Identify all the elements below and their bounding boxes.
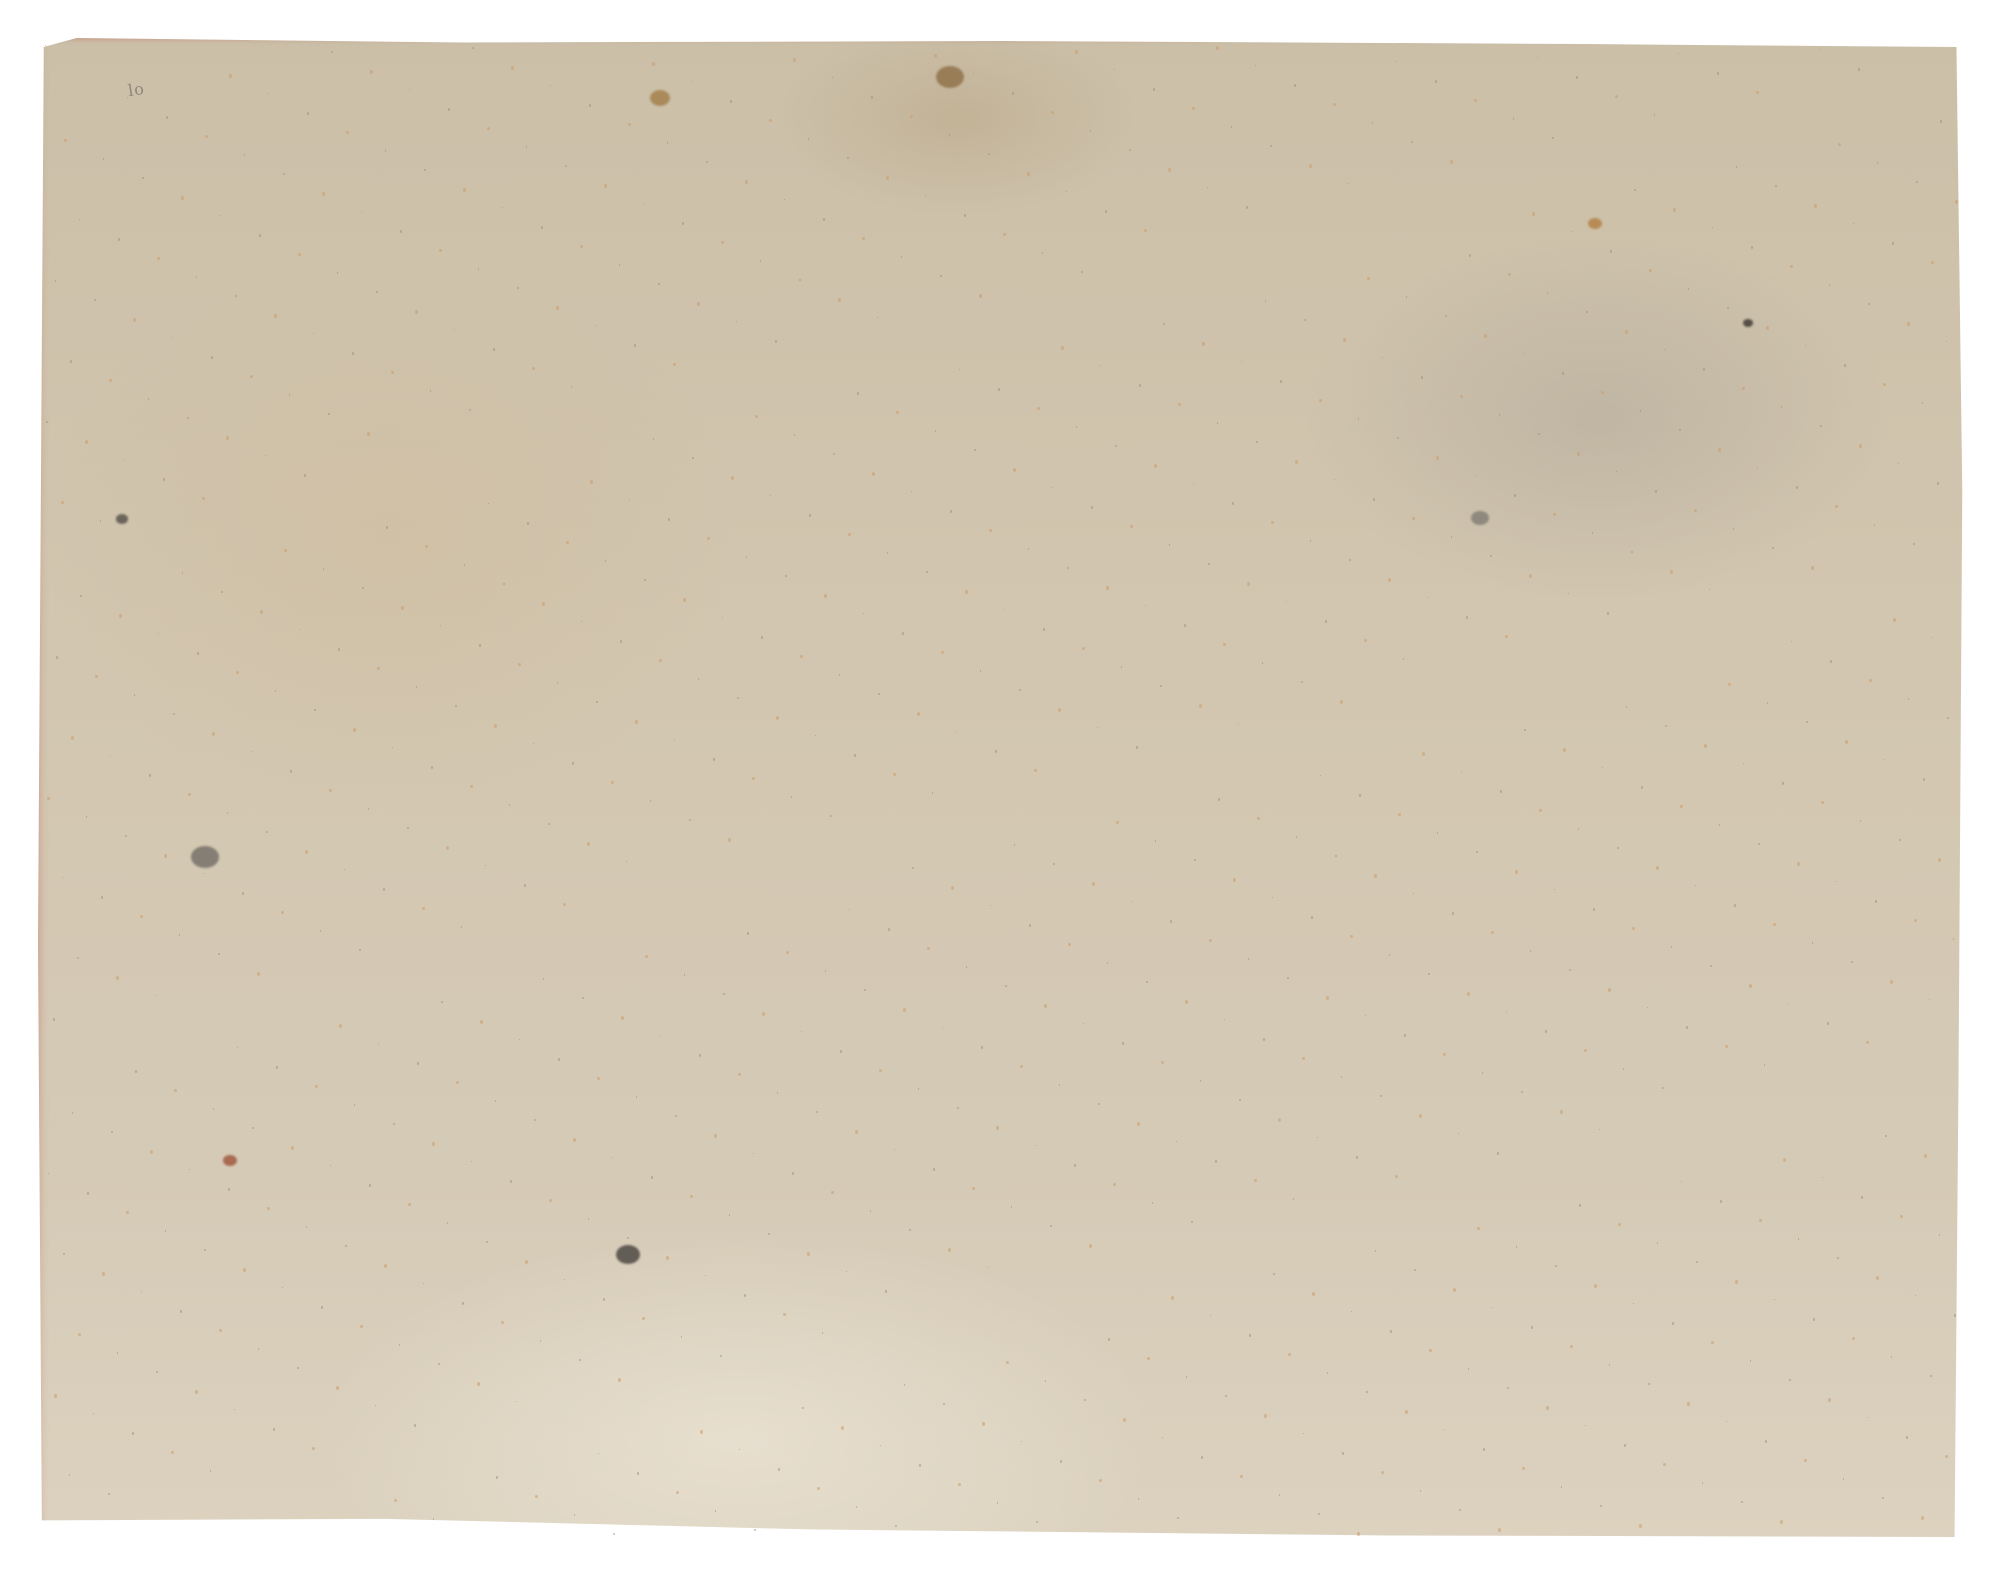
paper-fiber-speck	[378, 1043, 379, 1044]
paper-fiber-speck	[564, 1279, 565, 1280]
paper-fiber-speck	[854, 754, 856, 757]
paper-fiber-speck	[1900, 1215, 1903, 1218]
paper-fiber-speck	[1893, 618, 1896, 622]
paper-fiber-speck	[878, 693, 880, 695]
paper-fiber-speck	[472, 47, 474, 49]
paper-fiber-speck	[1728, 683, 1731, 686]
paper-fiber-speck	[352, 352, 354, 355]
paper-fiber-speck	[1899, 839, 1901, 841]
paper-fiber-speck	[886, 176, 889, 180]
paper-fiber-speck	[1231, 126, 1232, 128]
paper-fiber-speck	[902, 632, 904, 635]
paper-fiber-speck	[1806, 721, 1808, 723]
paper-fiber-speck	[1053, 863, 1055, 865]
paper-fiber-speck	[235, 295, 237, 297]
paper-fiber-speck	[408, 1203, 411, 1206]
paper-fiber-speck	[604, 184, 607, 188]
paper-fiber-speck	[1679, 429, 1681, 431]
paper-fiber-speck	[1877, 162, 1878, 164]
paper-fiber-speck	[1584, 1049, 1587, 1052]
paper-fiber-speck	[203, 873, 204, 874]
paper-fiber-speck	[627, 1237, 629, 1239]
paper-stain	[1743, 319, 1753, 327]
paper-fiber-speck	[441, 1001, 443, 1003]
paper-fiber-speck	[1301, 681, 1303, 683]
paper-fiber-speck	[1552, 137, 1554, 139]
paper-fiber-speck	[1375, 1250, 1376, 1252]
paper-fiber-speck	[339, 1024, 342, 1028]
paper-fiber-speck	[517, 287, 519, 289]
paper-fiber-speck	[438, 1363, 440, 1365]
paper-fiber-speck	[519, 1039, 520, 1040]
paper-fiber-speck	[1742, 387, 1745, 390]
paper-fiber-speck	[236, 671, 239, 674]
paper-fiber-speck	[990, 905, 991, 906]
paper-fiber-speck	[424, 169, 426, 171]
paper-fiber-speck	[1177, 1517, 1179, 1519]
paper-fiber-speck	[1081, 271, 1083, 273]
paper-fiber-speck	[1654, 114, 1655, 116]
paper-fiber-speck	[857, 392, 859, 395]
paper-fiber-speck	[1843, 1478, 1844, 1480]
paper-fiber-speck	[642, 1317, 645, 1320]
paper-fiber-speck	[461, 926, 462, 928]
paper-fiber-speck	[980, 670, 981, 672]
paper-fiber-speck	[534, 1119, 536, 1121]
paper-fiber-speck	[912, 867, 914, 869]
paper-fiber-speck	[1155, 840, 1156, 842]
paper-fiber-speck	[1247, 582, 1250, 586]
paper-fiber-speck	[1703, 368, 1705, 371]
paper-fiber-speck	[619, 264, 620, 266]
paper-fiber-speck	[1043, 628, 1045, 631]
paper-fiber-speck	[1091, 506, 1093, 509]
paper-fiber-speck	[1735, 1280, 1738, 1284]
paper-fiber-speck	[469, 409, 471, 411]
paper-fiber-speck	[1570, 1345, 1573, 1348]
paper-fiber-speck	[761, 636, 763, 639]
paper-fiber-speck	[181, 196, 184, 200]
paper-fiber-speck	[525, 1260, 528, 1264]
paper-fiber-speck	[414, 1424, 416, 1427]
paper-fiber-speck	[227, 812, 228, 814]
paper-fiber-speck	[1704, 744, 1707, 748]
paper-fiber-speck	[1702, 1482, 1703, 1484]
paper-fiber-speck	[1695, 885, 1696, 886]
paper-fiber-speck	[1176, 1141, 1177, 1142]
paper-fiber-speck	[1874, 524, 1875, 526]
paper-fiber-speck	[1577, 452, 1580, 456]
paper-fiber-speck	[1869, 679, 1872, 682]
paper-fiber-speck	[1264, 1414, 1267, 1418]
paper-fiber-speck	[1302, 1057, 1305, 1060]
paper-fiber-speck	[1812, 942, 1813, 944]
paper-fiber-speck	[1655, 490, 1657, 493]
paper-fiber-speck	[917, 712, 920, 716]
paper-fiber-speck	[1868, 303, 1870, 305]
paper-fiber-speck	[448, 108, 450, 111]
paper-fiber-speck	[1720, 1200, 1722, 1203]
paper-fiber-speck	[1421, 376, 1423, 379]
paper-fiber-speck	[1098, 1103, 1100, 1105]
paper-fiber-speck	[111, 1131, 113, 1133]
paper-fiber-speck	[737, 697, 739, 699]
paper-fiber-speck	[447, 1222, 448, 1224]
paper-fiber-speck	[155, 995, 156, 996]
paper-fiber-speck	[1014, 844, 1015, 846]
paper-fiber-speck	[77, 957, 79, 959]
paper-fiber-speck	[1858, 68, 1860, 71]
paper-fiber-speck	[376, 291, 378, 293]
paper-fiber-speck	[244, 154, 245, 156]
paper-fiber-speck	[1579, 1204, 1581, 1207]
paper-fiber-speck	[1184, 624, 1186, 627]
paper-fiber-speck	[1310, 540, 1311, 542]
paper-fiber-speck	[431, 766, 433, 769]
paper-fiber-speck	[323, 568, 324, 570]
paper-fiber-speck	[284, 549, 287, 552]
paper-fiber-speck	[1497, 1152, 1499, 1155]
paper-fiber-speck	[1490, 555, 1492, 557]
paper-fiber-speck	[684, 974, 685, 976]
paper-fiber-speck	[1246, 206, 1248, 209]
paper-fiber-speck	[1820, 425, 1822, 427]
paper-fiber-speck	[1343, 338, 1346, 342]
paper-fiber-speck	[1147, 1357, 1150, 1360]
paper-fiber-speck	[305, 850, 308, 854]
paper-fiber-speck	[1725, 1045, 1728, 1048]
paper-fiber-speck	[1483, 1448, 1485, 1451]
paper-fiber-speck	[864, 989, 866, 991]
paper-fiber-speck	[637, 1472, 639, 1475]
paper-fiber-speck	[1773, 923, 1776, 926]
paper-fiber-speck	[613, 1533, 615, 1535]
paper-stain	[650, 90, 670, 106]
paper-fiber-speck	[118, 238, 120, 241]
paper-fiber-speck	[629, 499, 630, 500]
paper-fiber-speck	[1876, 1276, 1879, 1280]
paper-fiber-speck	[48, 1173, 49, 1174]
paper-fiber-speck	[628, 123, 631, 126]
paper-stain	[616, 1245, 640, 1264]
paper-fiber-speck	[1129, 149, 1131, 151]
paper-fiber-speck	[1530, 950, 1531, 952]
paper-fiber-speck	[1374, 874, 1377, 878]
paper-fiber-speck	[1617, 847, 1619, 849]
paper-fiber-speck	[940, 275, 942, 277]
paper-fiber-speck	[195, 1390, 198, 1394]
paper-fiber-speck	[1915, 1295, 1916, 1296]
paper-fiber-speck	[1586, 311, 1588, 313]
paper-fiber-speck	[636, 1096, 637, 1098]
paper-fiber-speck	[1867, 1417, 1868, 1418]
paper-fiber-speck	[415, 310, 418, 314]
paper-fiber-speck	[673, 363, 676, 366]
paper-fiber-speck	[346, 131, 349, 134]
paper-fiber-speck	[1759, 1219, 1762, 1222]
paper-fiber-speck	[273, 1428, 275, 1431]
paper-fiber-speck	[1505, 635, 1508, 638]
paper-fiber-speck	[612, 1157, 613, 1158]
paper-fiber-speck	[87, 1192, 89, 1195]
paper-fiber-speck	[298, 253, 301, 256]
paper-fiber-speck	[1500, 790, 1502, 793]
paper-fiber-speck	[243, 1268, 246, 1272]
paper-fiber-speck	[1492, 1307, 1493, 1308]
paper-fiber-speck	[132, 1432, 134, 1435]
paper-fiber-speck	[927, 947, 930, 950]
paper-fiber-speck	[1940, 120, 1942, 123]
paper-fiber-speck	[556, 306, 559, 310]
paper-fiber-speck	[251, 751, 252, 752]
paper-fiber-speck	[1380, 1095, 1382, 1097]
paper-fiber-speck	[1860, 820, 1861, 822]
paper-fiber-speck	[220, 215, 221, 216]
paper-fiber-speck	[651, 1176, 653, 1179]
paper-fiber-speck	[79, 219, 80, 220]
paper-fiber-speck	[477, 1382, 480, 1386]
paper-fiber-speck	[188, 793, 191, 796]
paper-fiber-speck	[579, 1359, 581, 1361]
paper-fiber-speck	[1796, 486, 1798, 489]
paper-fiber-speck	[1089, 1244, 1092, 1248]
paper-fiber-speck	[432, 1142, 435, 1146]
paper-fiber-speck	[1019, 689, 1021, 691]
paper-fiber-speck	[1624, 1444, 1626, 1447]
paper-fiber-speck	[794, 434, 795, 436]
paper-fiber-speck	[1082, 647, 1085, 650]
paper-fiber-speck	[62, 877, 63, 878]
paper-fiber-speck	[108, 1493, 110, 1495]
paper-fiber-speck	[605, 560, 606, 562]
paper-fiber-speck	[156, 1371, 158, 1373]
paper-fiber-speck	[1452, 912, 1454, 915]
paper-fiber-speck	[407, 827, 409, 829]
paper-fiber-speck	[1756, 91, 1759, 94]
paper-fiber-speck	[367, 432, 370, 436]
paper-fiber-speck	[653, 438, 654, 440]
paper-fiber-speck	[1294, 84, 1296, 87]
paper-fiber-speck	[1891, 1356, 1892, 1358]
paper-fiber-speck	[739, 1449, 740, 1450]
paper-fiber-speck	[439, 249, 442, 252]
paper-fiber-speck	[1545, 1030, 1547, 1033]
paper-fiber-speck	[587, 842, 590, 846]
paper-fiber-speck	[322, 192, 325, 196]
paper-fiber-speck	[1907, 322, 1910, 326]
paper-fiber-speck	[229, 74, 232, 78]
paper-fiber-speck	[730, 100, 732, 103]
paper-fiber-speck	[1719, 824, 1720, 826]
paper-fiber-speck	[384, 1264, 387, 1268]
paper-fiber-speck	[338, 648, 340, 651]
paper-fiber-speck	[982, 1422, 985, 1426]
paper-fiber-speck	[1474, 99, 1477, 102]
paper-fiber-speck	[1932, 637, 1933, 638]
paper-fiber-speck	[1137, 1122, 1140, 1126]
paper-fiber-speck	[1938, 858, 1941, 862]
paper-fiber-speck	[957, 1107, 959, 1109]
paper-fiber-speck	[1751, 246, 1753, 249]
paper-fiber-speck	[462, 1302, 464, 1305]
paper-fiber-speck	[526, 146, 527, 148]
paper-fiber-speck	[1568, 593, 1569, 594]
paper-fiber-speck	[1359, 794, 1361, 797]
paper-fiber-speck	[1396, 61, 1397, 62]
paper-fiber-speck	[1381, 1471, 1384, 1474]
paper-fiber-speck	[535, 1495, 538, 1498]
paper-fiber-speck	[1633, 1303, 1634, 1304]
paper-fiber-speck	[1560, 1110, 1563, 1114]
paper-fiber-speck	[1953, 938, 1954, 940]
paper-fiber-speck	[328, 413, 330, 415]
paper-fiber-speck	[360, 1325, 363, 1328]
paper-fiber-speck	[1161, 1061, 1164, 1064]
paper-fiber-speck	[359, 949, 361, 951]
paper-fiber-speck	[1916, 181, 1918, 183]
paper-fiber-speck	[1427, 597, 1428, 598]
paper-fiber-speck	[337, 272, 338, 274]
paper-fiber-speck	[1451, 536, 1452, 538]
paper-fiber-speck	[1885, 1135, 1887, 1137]
paper-fiber-speck	[698, 678, 699, 680]
paper-fiber-speck	[1709, 589, 1710, 590]
paper-fiber-speck	[801, 1031, 802, 1032]
paper-fiber-speck	[1461, 771, 1462, 772]
paper-fiber-speck	[611, 781, 614, 784]
paper-fiber-speck	[1373, 498, 1375, 501]
paper-fiber-speck	[103, 158, 104, 160]
paper-fiber-speck	[275, 690, 276, 692]
paper-fiber-speck	[1414, 1269, 1416, 1271]
paper-fiber-speck	[93, 1413, 94, 1414]
paper-fiber-speck	[1121, 666, 1122, 668]
paper-fiber-speck	[550, 85, 551, 86]
paper-fiber-speck	[532, 367, 535, 370]
paper-fiber-speck	[1136, 746, 1138, 749]
paper-fiber-speck	[344, 869, 345, 870]
paper-fiber-speck	[1450, 160, 1453, 164]
paper-fiber-speck	[1090, 130, 1091, 132]
paper-fiber-speck	[754, 1529, 756, 1531]
paper-fiber-speck	[894, 1149, 895, 1150]
paper-fiber-speck	[393, 1123, 395, 1125]
paper-fiber-speck	[202, 497, 205, 500]
paper-fiber-speck	[502, 207, 503, 208]
paper-fiber-speck	[133, 318, 136, 322]
paper-fiber-speck	[501, 1321, 504, 1324]
paper-fiber-speck	[1327, 1372, 1328, 1374]
paper-fiber-speck	[1610, 250, 1612, 253]
paper-fiber-speck	[1648, 1383, 1650, 1385]
paper-fiber-speck	[700, 1430, 703, 1434]
paper-fiber-speck	[1599, 1129, 1600, 1130]
paper-fiber-speck	[1499, 414, 1500, 416]
paper-fiber-speck	[1003, 233, 1006, 236]
paper-fiber-speck	[1546, 1406, 1549, 1410]
paper-fiber-speck	[485, 865, 486, 866]
paper-fiber-speck	[78, 1333, 81, 1336]
paper-fiber-speck	[1939, 1234, 1940, 1236]
paper-fiber-speck	[1342, 1452, 1344, 1455]
paper-fiber-speck	[697, 302, 700, 306]
paper-fiber-speck	[775, 340, 777, 343]
paper-fiber-speck	[1350, 935, 1353, 938]
paper-fiber-speck	[1537, 57, 1538, 58]
paper-fiber-speck	[212, 732, 215, 736]
paper-fiber-speck	[46, 421, 48, 423]
paper-fiber-speck	[1882, 1497, 1884, 1499]
paper-fiber-speck	[1201, 1456, 1203, 1459]
paper-fiber-speck	[909, 1229, 911, 1231]
paper-fiber-speck	[1783, 1158, 1786, 1162]
paper-fiber-speck	[1170, 920, 1172, 923]
paper-fiber-speck	[1467, 992, 1470, 996]
paper-fiber-speck	[330, 1165, 331, 1166]
paper-fiber-speck	[157, 257, 160, 260]
paper-fiber-speck	[165, 1230, 166, 1232]
paper-fiber-speck	[1445, 315, 1447, 317]
paper-fiber-speck	[540, 1340, 541, 1342]
paper-fiber-speck	[1884, 759, 1885, 760]
paper-fiber-speck	[211, 356, 213, 359]
paper-fiber-speck	[1458, 1133, 1459, 1134]
paper-fiber-speck	[793, 58, 796, 62]
paper-fiber-speck	[682, 222, 684, 225]
paper-fiber-speck	[728, 838, 731, 842]
paper-fiber-speck	[870, 1210, 871, 1212]
paper-fiber-speck	[941, 651, 944, 654]
paper-fiber-speck	[841, 1426, 844, 1430]
paper-fiber-speck	[791, 796, 792, 798]
paper-fiber-speck	[1593, 908, 1595, 911]
paper-fiber-speck	[1749, 984, 1752, 988]
paper-fiber-speck	[1506, 1011, 1507, 1012]
paper-fiber-speck	[714, 1134, 717, 1138]
paper-fiber-speck	[800, 655, 803, 658]
paper-fiber-speck	[1662, 1087, 1664, 1089]
paper-fiber-speck	[681, 1336, 682, 1338]
paper-fiber-speck	[1191, 1221, 1193, 1223]
scan-canvas: lo	[0, 0, 2000, 1582]
paper-fiber-speck	[1325, 620, 1327, 623]
paper-fiber-speck	[731, 476, 734, 480]
paper-fiber-speck	[729, 1214, 730, 1216]
paper-fiber-speck	[1475, 475, 1476, 476]
paper-fiber-speck	[644, 579, 646, 581]
paper-fiber-speck	[1068, 943, 1071, 946]
paper-fiber-speck	[582, 997, 584, 999]
paper-fiber-speck	[563, 903, 566, 906]
paper-fiber-speck	[1207, 187, 1208, 188]
paper-fiber-speck	[1532, 212, 1535, 216]
paper-fiber-speck	[1280, 380, 1282, 383]
paper-fiber-speck	[1021, 1441, 1022, 1442]
paper-fiber-speck	[1733, 528, 1734, 530]
paper-fiber-speck	[1804, 1459, 1807, 1462]
paper-fiber-speck	[1162, 1437, 1163, 1438]
paper-fiber-speck	[979, 294, 982, 298]
paper-fiber-speck	[1279, 1494, 1280, 1496]
paper-fiber-speck	[1138, 1498, 1139, 1500]
paper-fiber-speck	[1766, 326, 1769, 330]
paper-fiber-speck	[1618, 1223, 1621, 1226]
paper-fiber-speck	[1105, 210, 1107, 213]
paper-fiber-speck	[846, 1271, 847, 1272]
paper-fiber-speck	[1656, 866, 1659, 870]
paper-fiber-speck	[822, 1332, 823, 1334]
paper-fiber-speck	[1412, 517, 1415, 520]
